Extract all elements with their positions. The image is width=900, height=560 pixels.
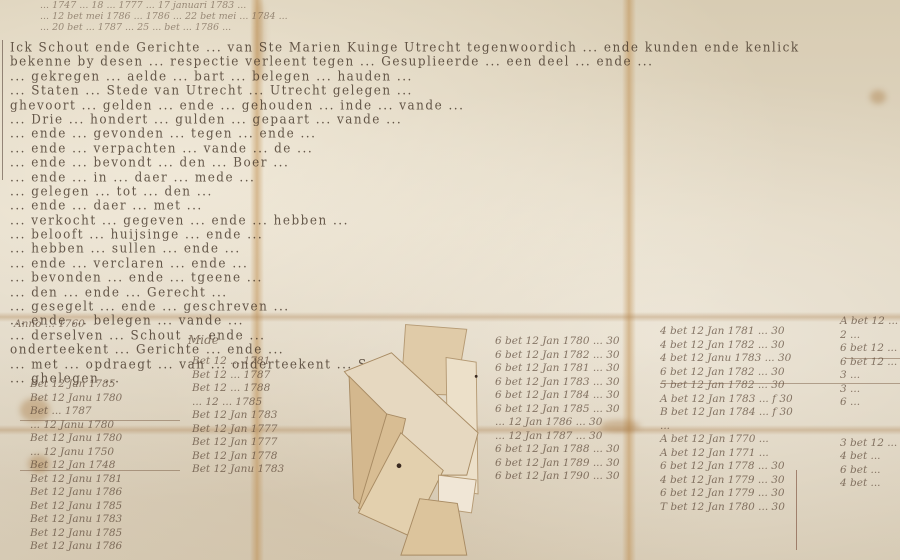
ledger-left: Bet 12 Jan 1785Bet 12 Janu 1780Bet ... 1… <box>30 378 122 554</box>
ledger-far-right: A bet 12 ...2 ...6 bet 12 ...6 bet 12 ..… <box>840 315 898 491</box>
ledger-entry: 3 bet 12 ... <box>840 437 898 451</box>
ledger-entry: 3 ... <box>840 369 898 383</box>
ledger-entry: 2 ... <box>840 329 898 343</box>
ledger-mid: Bet 12 ... 1781Bet 12 ... 1787Bet 12 ...… <box>192 355 284 477</box>
ledger-entry: 6 ... <box>840 396 898 410</box>
text-line: ... ende ... bevondt ... den ... Boer ..… <box>10 154 895 170</box>
ledger-right-a: 6 bet 12 Jan 1780 ... 306 bet 12 Jan 178… <box>495 335 620 484</box>
margin-bracket <box>2 40 9 180</box>
ledger-bracket <box>796 470 797 550</box>
ledger-entry: A bet 12 Jan 1770 ... <box>660 433 793 447</box>
ledger-entry: Bet 12 Janu 1785 <box>30 500 122 514</box>
ledger-entry: ... 12 Janu 1750 <box>30 446 122 460</box>
ledger-entry: 6 bet 12 Jan 1783 ... 30 <box>495 376 620 390</box>
ledger-entry <box>840 423 898 437</box>
ledger-entry: Bet 12 ... 1788 <box>192 382 284 396</box>
ledger-entry: Bet 12 Jan 1777 <box>192 423 284 437</box>
ledger-entry: Bet 12 Janu 1781 <box>30 473 122 487</box>
ledger-right-b: 4 bet 12 Jan 1781 ... 304 bet 12 Jan 178… <box>660 325 793 514</box>
ledger-entry: 6 bet 12 Jan 1781 ... 30 <box>495 362 620 376</box>
ledger-entry: Bet 12 Janu 1785 <box>30 527 122 541</box>
ledger-entry: A bet 12 Jan 1771 ... <box>660 447 793 461</box>
ledger-entry: 6 bet 12 Jan 1779 ... 30 <box>660 487 793 501</box>
header-annotations: ... 1747 ... 18 ... 1777 ... 17 januari … <box>0 0 900 38</box>
text-line: ... hebben ... sullen ... ende ... <box>10 241 895 257</box>
annotation-line: ... 20 bet ... 1787 ... 25 ... bet ... 1… <box>0 22 900 33</box>
text-line: bekenne by desen ... respectie verleent … <box>10 54 895 70</box>
ledger-entry: Bet 12 Janu 1786 <box>30 540 122 554</box>
ledger-entry: Bet 12 Janu 1780 <box>30 432 122 446</box>
ledger-entry: 6 bet 12 Jan 1790 ... 30 <box>495 470 620 484</box>
ledger-entry: Bet 12 ... 1781 <box>192 355 284 369</box>
ledger-entry: 6 bet 12 Jan 1785 ... 30 <box>495 403 620 417</box>
ledger-entry: 5 bet 12 Jan 1782 ... 30 <box>660 379 793 393</box>
signature-note: Anno ... 1760 <box>14 318 85 332</box>
ledger-entry: Bet 12 Jan 1778 <box>192 450 284 464</box>
witness-label: Mide <box>188 333 219 347</box>
ledger-entry: Bet 12 Jan 1785 <box>30 378 122 392</box>
ledger-entry: A bet 12 ... <box>840 315 898 329</box>
ledger-rule <box>20 420 180 421</box>
ledger-entry: 6 bet 12 Jan 1789 ... 30 <box>495 457 620 471</box>
ledger-entry: 3 ... <box>840 383 898 397</box>
ledger-entry: ... 12 Jan 1787 ... 30 <box>495 430 620 444</box>
ledger-entry: 4 bet 12 Jan 1782 ... 30 <box>660 339 793 353</box>
ledger-entry: Bet 12 Janu 1780 <box>30 392 122 406</box>
ledger-rule <box>20 470 180 471</box>
ledger-entry: B bet 12 Jan 1784 ... f 30 <box>660 406 793 420</box>
ledger-entry: ... 12 ... 1785 <box>192 396 284 410</box>
text-line: ... ende ... in ... daer ... mede ... <box>10 169 895 185</box>
ledger-entry: 6 bet 12 Jan 1778 ... 30 <box>660 460 793 474</box>
ledger-entry: 6 bet 12 Jan 1780 ... 30 <box>495 335 620 349</box>
folded-paper-seal <box>335 315 495 560</box>
ledger-entry: Bet ... 1787 <box>30 405 122 419</box>
ledger-entry: 6 bet 12 Jan 1782 ... 30 <box>495 349 620 363</box>
ledger-entry: 6 bet 12 Jan 1784 ... 30 <box>495 389 620 403</box>
ledger-entry: Bet 12 Jan 1777 <box>192 436 284 450</box>
ledger-entry: 6 bet 12 Jan 1782 ... 30 <box>660 366 793 380</box>
ledger-rule <box>660 383 900 384</box>
ledger-entry <box>840 410 898 424</box>
ledger-entry: ... <box>660 420 793 434</box>
ledger-entry: 6 bet ... <box>840 464 898 478</box>
ledger-entry: 4 bet ... <box>840 477 898 491</box>
ledger-entry: A bet 12 Jan 1783 ... f 30 <box>660 393 793 407</box>
ledger-entry: 4 bet ... <box>840 450 898 464</box>
ledger-entry: Bet 12 ... 1787 <box>192 369 284 383</box>
text-line: ... ende ... gevonden ... tegen ... ende… <box>10 126 895 142</box>
ledger-rule <box>845 358 900 359</box>
ledger-entry: ... 12 Jan 1786 ... 30 <box>495 416 620 430</box>
text-line: ... ende ... daer ... met ... <box>10 198 895 214</box>
annotation-line: ... 12 bet mei 1786 ... 1786 ... 22 bet … <box>0 11 900 22</box>
ledger-entry: 6 bet 12 Jan 1788 ... 30 <box>495 443 620 457</box>
ledger-entry: 4 bet 12 Jan 1779 ... 30 <box>660 474 793 488</box>
ledger-entry: T bet 12 Jan 1780 ... 30 <box>660 501 793 515</box>
ledger-entry: 4 bet 12 Janu 1783 ... 30 <box>660 352 793 366</box>
ledger-entry: 4 bet 12 Jan 1781 ... 30 <box>660 325 793 339</box>
annotation-line: ... 1747 ... 18 ... 1777 ... 17 januari … <box>0 0 900 11</box>
closing-block: Anno ... 1760 <box>14 318 85 332</box>
text-line: ... Staten ... Stede van Utrecht ... Utr… <box>10 82 895 98</box>
ledger-entry: Bet 12 Jan 1783 <box>192 409 284 423</box>
ledger-entry: Bet 12 Janu 1783 <box>30 513 122 527</box>
text-line: ... bevonden ... ende ... tgeene ... <box>10 270 895 286</box>
ledger-entry: Bet 12 Janu 1783 <box>192 463 284 477</box>
ledger-entry: Bet 12 Janu 1786 <box>30 486 122 500</box>
ledger-entry: 6 bet 12 ... <box>840 342 898 356</box>
